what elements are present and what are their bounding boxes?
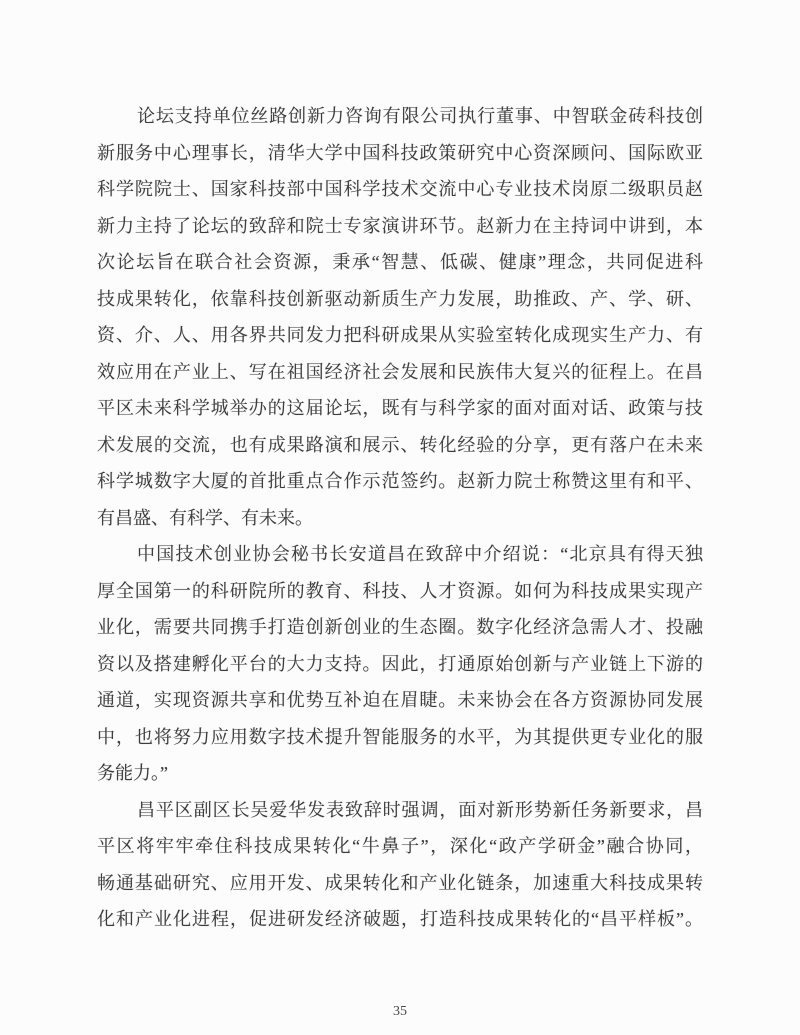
text-line: 昌平区副区长吴爱华发表致辞时强调，面对新形势新任务新要求，昌: [97, 792, 703, 829]
text-line: 技成果转化，依靠科技创新驱动新质生产力发展，助推政、产、学、研、: [97, 281, 703, 318]
text-line: 科学城数字大厦的首批重点合作示范签约。赵新力院士称赞这里有和平、: [97, 463, 703, 500]
text-line: 科学院院士、国家科技部中国科学技术交流中心专业技术岗原二级职员赵: [97, 171, 703, 208]
text-line: 效应用在产业上、写在祖国经济社会发展和民族伟大复兴的征程上。在昌: [97, 354, 703, 391]
document-page: 论坛支持单位丝路创新力咨询有限公司执行董事、中智联金砖科技创 新服务中心理事长，…: [0, 0, 800, 1035]
page-footer: 35: [0, 1004, 800, 1020]
page-number: 35: [393, 1004, 407, 1019]
document-body: 论坛支持单位丝路创新力咨询有限公司执行董事、中智联金砖科技创 新服务中心理事长，…: [97, 98, 703, 938]
text-line: 通道，实现资源共享和优势互补迫在眉睫。未来协会在各方资源协同发展: [97, 682, 703, 719]
text-line: 新服务中心理事长，清华大学中国科技政策研究中心资深顾问、国际欧亚: [97, 135, 703, 172]
text-line: 有昌盛、有科学、有未来。: [97, 500, 703, 537]
text-line: 次论坛旨在联合社会资源，秉承“智慧、低碳、健康”理念，共同促进科: [97, 244, 703, 281]
text-line: 资、介、人、用各界共同发力把科研成果从实验室转化成现实生产力、有: [97, 317, 703, 354]
text-line: 论坛支持单位丝路创新力咨询有限公司执行董事、中智联金砖科技创: [97, 98, 703, 135]
text-line: 资以及搭建孵化平台的大力支持。因此，打通原始创新与产业链上下游的: [97, 646, 703, 683]
text-line: 化和产业化进程，促进研发经济破题，打造科技成果转化的“昌平样板”。: [97, 901, 703, 938]
text-line: 厚全国第一的科研院所的教育、科技、人才资源。如何为科技成果实现产: [97, 573, 703, 610]
text-line: 务能力。”: [97, 755, 703, 792]
paragraph-wuaihua-speech: 昌平区副区长吴爱华发表致辞时强调，面对新形势新任务新要求，昌 平区将牢牢牵住科技…: [97, 792, 703, 938]
text-line: 平区未来科学城举办的这届论坛，既有与科学家的面对面对话、政策与技: [97, 390, 703, 427]
text-line: 新力主持了论坛的致辞和院士专家演讲环节。赵新力在主持词中讲到，本: [97, 208, 703, 245]
text-line: 畅通基础研究、应用开发、成果转化和产业化链条，加速重大科技成果转: [97, 865, 703, 902]
text-line: 中，也将努力应用数字技术提升智能服务的水平，为其提供更专业化的服: [97, 719, 703, 756]
text-line: 术发展的交流，也有成果路演和展示、转化经验的分享，更有落户在未来: [97, 427, 703, 464]
text-line: 中国技术创业协会秘书长安道昌在致辞中介绍说：“北京具有得天独: [97, 536, 703, 573]
text-line: 平区将牢牢牵住科技成果转化“牛鼻子”，深化“政产学研金”融合协同，: [97, 828, 703, 865]
text-line: 业化，需要共同携手打造创新创业的生态圈。数字化经济急需人才、投融: [97, 609, 703, 646]
paragraph-forum-hosting: 论坛支持单位丝路创新力咨询有限公司执行董事、中智联金砖科技创 新服务中心理事长，…: [97, 98, 703, 536]
paragraph-andaochang-speech: 中国技术创业协会秘书长安道昌在致辞中介绍说：“北京具有得天独 厚全国第一的科研院…: [97, 536, 703, 792]
